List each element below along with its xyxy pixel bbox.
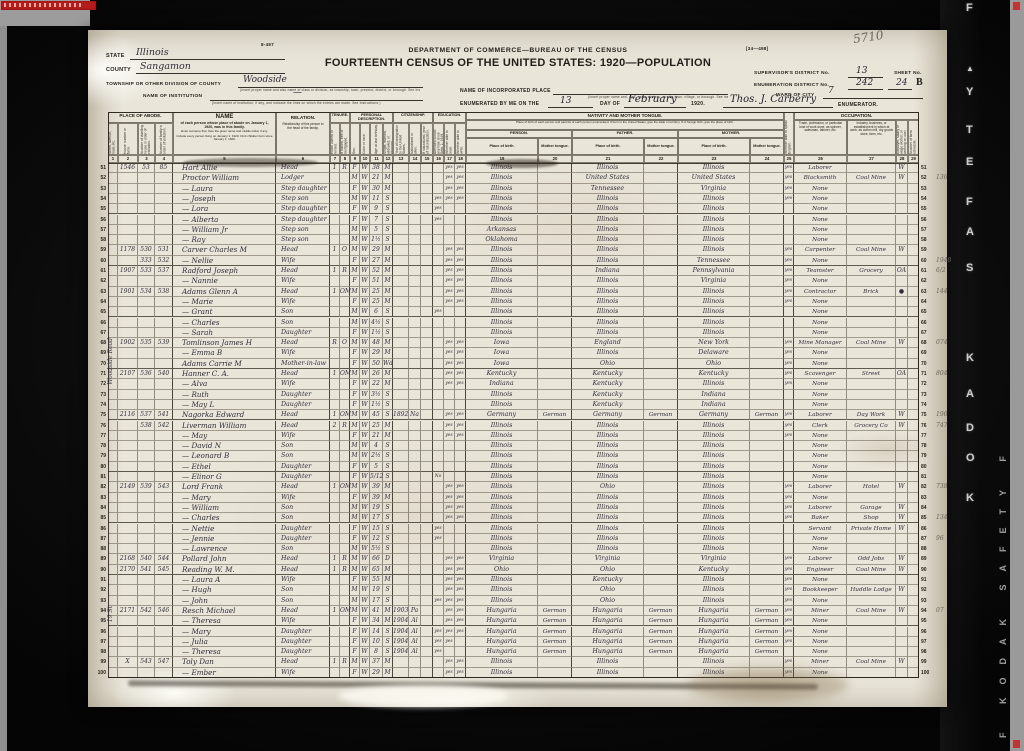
cell-fm [908,431,919,441]
cell-sx: F [350,627,360,637]
cell-t2 [340,451,350,461]
cell-fm [908,596,919,606]
cell-im [393,554,409,564]
cell-t2 [340,647,350,657]
cell-fm [908,184,919,194]
cell-sx: F [350,359,360,369]
column-number: 1 [108,155,118,163]
cell-fm [908,441,919,451]
cell-wr: yes [455,627,466,637]
cell-mr: S [383,513,393,523]
cell-st [108,328,118,338]
cell-h [118,348,138,358]
cell-rd: yes [444,431,455,441]
cell-rl: Daughter [276,647,330,657]
cell-t1 [330,400,340,410]
cell-rl: Wife [276,493,330,503]
cell-im [393,173,409,183]
cell-mr: S [383,194,393,204]
cell-mt [750,328,784,338]
cell-im [393,328,409,338]
cell-st [108,235,118,245]
cell-pt [538,513,572,523]
cell-oc: Laborer [794,554,847,564]
cell-st [108,554,118,564]
cell-im [393,348,409,358]
cell-im [393,493,409,503]
cell-mr: M [383,668,393,678]
cell-ny [421,524,433,534]
cell-t2 [340,184,350,194]
cell-cr: W [360,225,370,235]
cell-h [118,524,138,534]
cell-wr: yes [455,379,466,389]
cell-nm: — Theresa [173,616,276,626]
cell-ag: 29 [370,245,383,255]
cell-fb: Illinois [572,215,644,225]
cell-pt [538,235,572,245]
line-number-left: 60 [93,256,106,266]
cell-cl: W [896,513,908,523]
cell-mt [750,266,784,276]
table-row: 902170541545Reading W. M.Head1RMW65Myesy… [108,565,919,575]
cell-cr: W [360,482,370,492]
cell-oc: None [794,235,847,245]
table-row: 65— GrantSonMW6SyesIllinoisIllinoisIllin… [108,307,919,317]
cell-sx: M [350,287,360,297]
column-number: 21 [572,155,644,163]
cell-na [409,472,421,482]
cell-im [393,524,409,534]
line-number-left: 93 [93,596,106,606]
line-number-left: 55 [93,204,106,214]
cell-h [118,379,138,389]
cell-t2: R [340,657,350,667]
cell-en [784,544,794,554]
cell-rl: Daughter [276,390,330,400]
cell-sc [433,513,444,523]
cell-oc: None [794,276,847,286]
cell-pt [538,307,572,317]
cell-f [155,616,173,626]
cell-mr: M [383,266,393,276]
line-number-left: 72 [93,379,106,389]
cell-mr: M [383,421,393,431]
cell-mb: Illinois [678,503,750,513]
film-edge-letter: E [966,156,973,168]
cell-d [138,297,155,307]
cell-mr: M [383,431,393,441]
cell-pb: Illinois [466,318,538,328]
cell-st [108,184,118,194]
cell-en [784,307,794,317]
column-number: 24 [750,155,784,163]
cell-na [409,657,421,667]
cell-sx: F [350,534,360,544]
cell-mb: Illinois [678,215,750,225]
cell-sc: yes [433,627,444,637]
cell-rd: yes [444,493,455,503]
cell-d [138,225,155,235]
cell-en [784,472,794,482]
cell-rl: Daughter [276,400,330,410]
cell-h [118,637,138,647]
table-row: 5115465385Hart AllieHead1RFW38MyesyesIll… [108,163,919,173]
cell-cr: W [360,451,370,461]
cell-en [784,318,794,328]
cell-f [155,215,173,225]
cell-mr: M [383,163,393,173]
cell-rl: Step son [276,194,330,204]
cell-t2 [340,503,350,513]
cell-sx: M [350,606,360,616]
cell-wr: yes [455,668,466,678]
cell-sc [433,657,444,667]
cell-na [409,287,421,297]
cell-fm [908,493,919,503]
cell-mb: Illinois [678,575,750,585]
film-edge-letter: F [966,196,973,208]
cell-mt [750,225,784,235]
cell-im [393,585,409,595]
line-number-right: 55 [921,204,934,214]
cell-na [409,215,421,225]
cell-fm [908,307,919,317]
cell-sc: yes [433,534,444,544]
cell-rd: yes [444,575,455,585]
enumerated-year: 1920. [691,101,705,107]
cell-mb: Illinois [678,287,750,297]
cell-st [108,204,118,214]
cell-sx: M [350,657,360,667]
cell-ag: 30 [370,184,383,194]
cell-fm [908,318,919,328]
cell-pb: Illinois [466,524,538,534]
cell-rl: Wife [276,348,330,358]
film-edge-letter: D [966,422,974,434]
cell-d [138,647,155,657]
cell-sx: F [350,462,360,472]
cell-rl: Son [276,544,330,554]
cell-fb: Illinois [572,431,644,441]
cell-rl: Head [276,287,330,297]
cell-cl: W [896,606,908,616]
cell-ft [644,379,678,389]
cell-sx: M [350,318,360,328]
film-edge-letter: ▲ [966,64,974,73]
header-father: FATHER. [572,130,678,138]
cell-mr: M [383,338,393,348]
cell-en [784,451,794,461]
cell-mb: Illinois [678,513,750,523]
cell-rl: Wife [276,297,330,307]
table-row: 70Adams Carrie MMother-in-lawFW50Wdyesye… [108,359,919,369]
cell-f: 545 [155,565,173,575]
cell-na [409,503,421,513]
cell-mb: Hungaria [678,647,750,657]
cell-cl [896,451,908,461]
cell-sx: M [350,225,360,235]
cell-wr [455,544,466,554]
cell-fb: Ohio [572,565,644,575]
cell-h [118,225,138,235]
cell-mr: Wd [383,359,393,369]
cell-fm [908,482,919,492]
cell-h [118,318,138,328]
cell-cr: W [360,379,370,389]
cell-fb: Illinois [572,225,644,235]
cell-f [155,348,173,358]
cell-en [784,534,794,544]
cell-ind [847,318,896,328]
header-cell-vertical: Employer, salary or wage worker, or work… [896,120,908,155]
cell-mb: Illinois [678,544,750,554]
cell-nm: — Leonard B [173,451,276,461]
cell-ny [421,462,433,472]
cell-ind [847,163,896,173]
cell-nm: Lord Frank [173,482,276,492]
cell-na [409,173,421,183]
cell-f [155,637,173,647]
cell-im [393,256,409,266]
cell-pt [538,482,572,492]
header-citizenship: CITIZENSHIP. [393,112,433,123]
cell-mb: Hungaria [678,606,750,616]
cell-pt [538,194,572,204]
enumeration-district-value: 242 [856,78,873,88]
cell-sc [433,503,444,513]
pencil-margin-note: 136 [936,173,947,183]
header-tenure: TENURE. [330,112,350,123]
cell-sx: F [350,276,360,286]
cell-ft: German [644,627,678,637]
cell-mt [750,379,784,389]
cell-pt [538,575,572,585]
cell-st [108,441,118,451]
cell-st [108,657,118,667]
cell-pb: Illinois [466,657,538,667]
line-number-left: 74 [93,400,106,410]
cell-rl: Head [276,482,330,492]
cell-rd [444,204,455,214]
cell-t1 [330,575,340,585]
cell-sc [433,565,444,575]
cell-ag: 38 [370,163,383,173]
cell-na [409,421,421,431]
cell-cr: W [360,163,370,173]
cell-ind [847,400,896,410]
cell-mb: Illinois [678,462,750,472]
cell-fm [908,379,919,389]
cell-ind: Grocery [847,266,896,276]
cell-fb: Illinois [572,493,644,503]
cell-d: 534 [138,287,155,297]
cell-ag: 17 [370,596,383,606]
cell-wr: yes [455,431,466,441]
cell-fm [908,266,919,276]
cell-cl [896,431,908,441]
cell-fb: Illinois [572,204,644,214]
cell-fm [908,554,919,564]
cell-f: 532 [155,256,173,266]
cell-ind [847,544,896,554]
line-number-left: 98 [93,647,106,657]
cell-sx: M [350,173,360,183]
cell-sx: M [350,245,360,255]
cell-nm: — Alberta [173,215,276,225]
cell-sc: yes [433,647,444,657]
cell-f [155,204,173,214]
cell-cl [896,194,908,204]
cell-f [155,544,173,554]
cell-ny [421,235,433,245]
cell-sc [433,544,444,554]
cell-ft [644,421,678,431]
cell-rd: yes [444,657,455,667]
cell-sx: F [350,256,360,266]
cell-nm: — Julia [173,637,276,647]
cell-ny [421,482,433,492]
incorporated-place-label: NAME OF INCORPORATED PLACE [460,88,551,94]
cell-rd: yes [444,184,455,194]
cell-h [118,627,138,637]
line-number-left: 61 [93,266,106,276]
cell-h [118,235,138,245]
cell-st [108,318,118,328]
line-number-right: 83 [921,493,934,503]
cell-pb: Illinois [466,184,538,194]
table-row: 74— May LDaughterFW1½SIllinoisKentuckyIn… [108,400,919,410]
cell-cl [896,359,908,369]
cell-st [108,544,118,554]
line-number-left: 57 [93,225,106,235]
cell-fm [908,287,919,297]
cell-fb: Kentucky [572,390,644,400]
cell-nm: — Sarah [173,328,276,338]
cell-fb: Ohio [572,596,644,606]
supervisor-district-label: SUPERVISOR'S DISTRICT No. [754,71,830,76]
cell-f [155,503,173,513]
cell-cr: W [360,657,370,667]
cell-nm: — Elinor G [173,472,276,482]
table-row: 752116537541Nagorka EdwardHead1OMMW45S18… [108,410,919,420]
table-row: 73— RuthDaughterFW3½SIllinoisKentuckyInd… [108,390,919,400]
state-value: Illinois [136,47,169,58]
cell-ft [644,544,678,554]
cell-ft [644,585,678,595]
cell-pt: German [538,627,572,637]
cell-mt [750,503,784,513]
cell-rd: yes [444,338,455,348]
cell-oc: None [794,627,847,637]
cell-mb: Illinois [678,204,750,214]
header-tongue_col: Mother tongue. [538,138,572,155]
cell-pt [538,441,572,451]
cell-nm: Resch Michael [173,606,276,616]
cell-t1 [330,647,340,657]
cell-d [138,503,155,513]
line-number-left: 56 [93,215,106,225]
cell-wr: yes [455,369,466,379]
cell-fb: Illinois [572,534,644,544]
cell-rd [444,390,455,400]
table-row: 53— LauraStep daughterFW30MyesyesIllinoi… [108,184,919,194]
cell-sx: M [350,441,360,451]
cell-cr: W [360,276,370,286]
cell-ft [644,256,678,266]
cell-wr: yes [455,359,466,369]
cell-d: 542 [138,606,155,616]
cell-rl: Daughter [276,534,330,544]
cell-st [108,215,118,225]
cell-wr: yes [455,565,466,575]
column-number: 3 [138,155,155,163]
cell-ny [421,328,433,338]
cell-ind [847,235,896,245]
cell-t2 [340,276,350,286]
cell-pb: Illinois [466,431,538,441]
cell-ft [644,513,678,523]
table-row: 681902535539Tomlinson James HHeadROMW48M… [108,338,919,348]
cell-cr: W [360,256,370,266]
cell-cr: W [360,421,370,431]
table-row: 67— SarahDaughterFW1½SIllinoisIllinoisIl… [108,328,919,338]
cell-mb: Kentucky [678,565,750,575]
cell-ag: 22 [370,379,383,389]
cell-sx: F [350,184,360,194]
cell-pt [538,493,572,503]
cell-rl: Step daughter [276,215,330,225]
cell-pb: Iowa [466,348,538,358]
cell-ft [644,173,678,183]
cell-en: yes [784,482,794,492]
red-annotation-label [1,1,96,10]
cell-sc [433,235,444,245]
cell-sc [433,266,444,276]
cell-na [409,585,421,595]
township-label: TOWNSHIP OR OTHER DIVISION OF COUNTY [106,82,221,87]
cell-sc [433,451,444,461]
cell-oc: Miner [794,657,847,667]
line-number-right: 87 [921,534,934,544]
cell-mr: S [383,390,393,400]
cell-cr: W [360,235,370,245]
cell-pt [538,287,572,297]
cell-im [393,359,409,369]
cell-mr: S [383,318,393,328]
cell-pt: German [538,616,572,626]
cell-d [138,204,155,214]
header-place-of-abode: PLACE OF ABODE. [108,112,173,123]
cell-oc: None [794,256,847,266]
cell-mt [750,204,784,214]
cell-na [409,379,421,389]
cell-sx: F [350,575,360,585]
cell-sc [433,369,444,379]
cell-im [393,534,409,544]
cell-mr: S [383,462,393,472]
cell-pt [538,328,572,338]
cell-pt [538,585,572,595]
cell-h [118,472,138,482]
cell-sx: M [350,194,360,204]
cell-ag: 39 [370,493,383,503]
cell-ind: Grocery Co [847,421,896,431]
cell-cr: W [360,575,370,585]
cell-rd: yes [444,668,455,678]
cell-d: 537 [138,410,155,420]
cell-cl [896,637,908,647]
